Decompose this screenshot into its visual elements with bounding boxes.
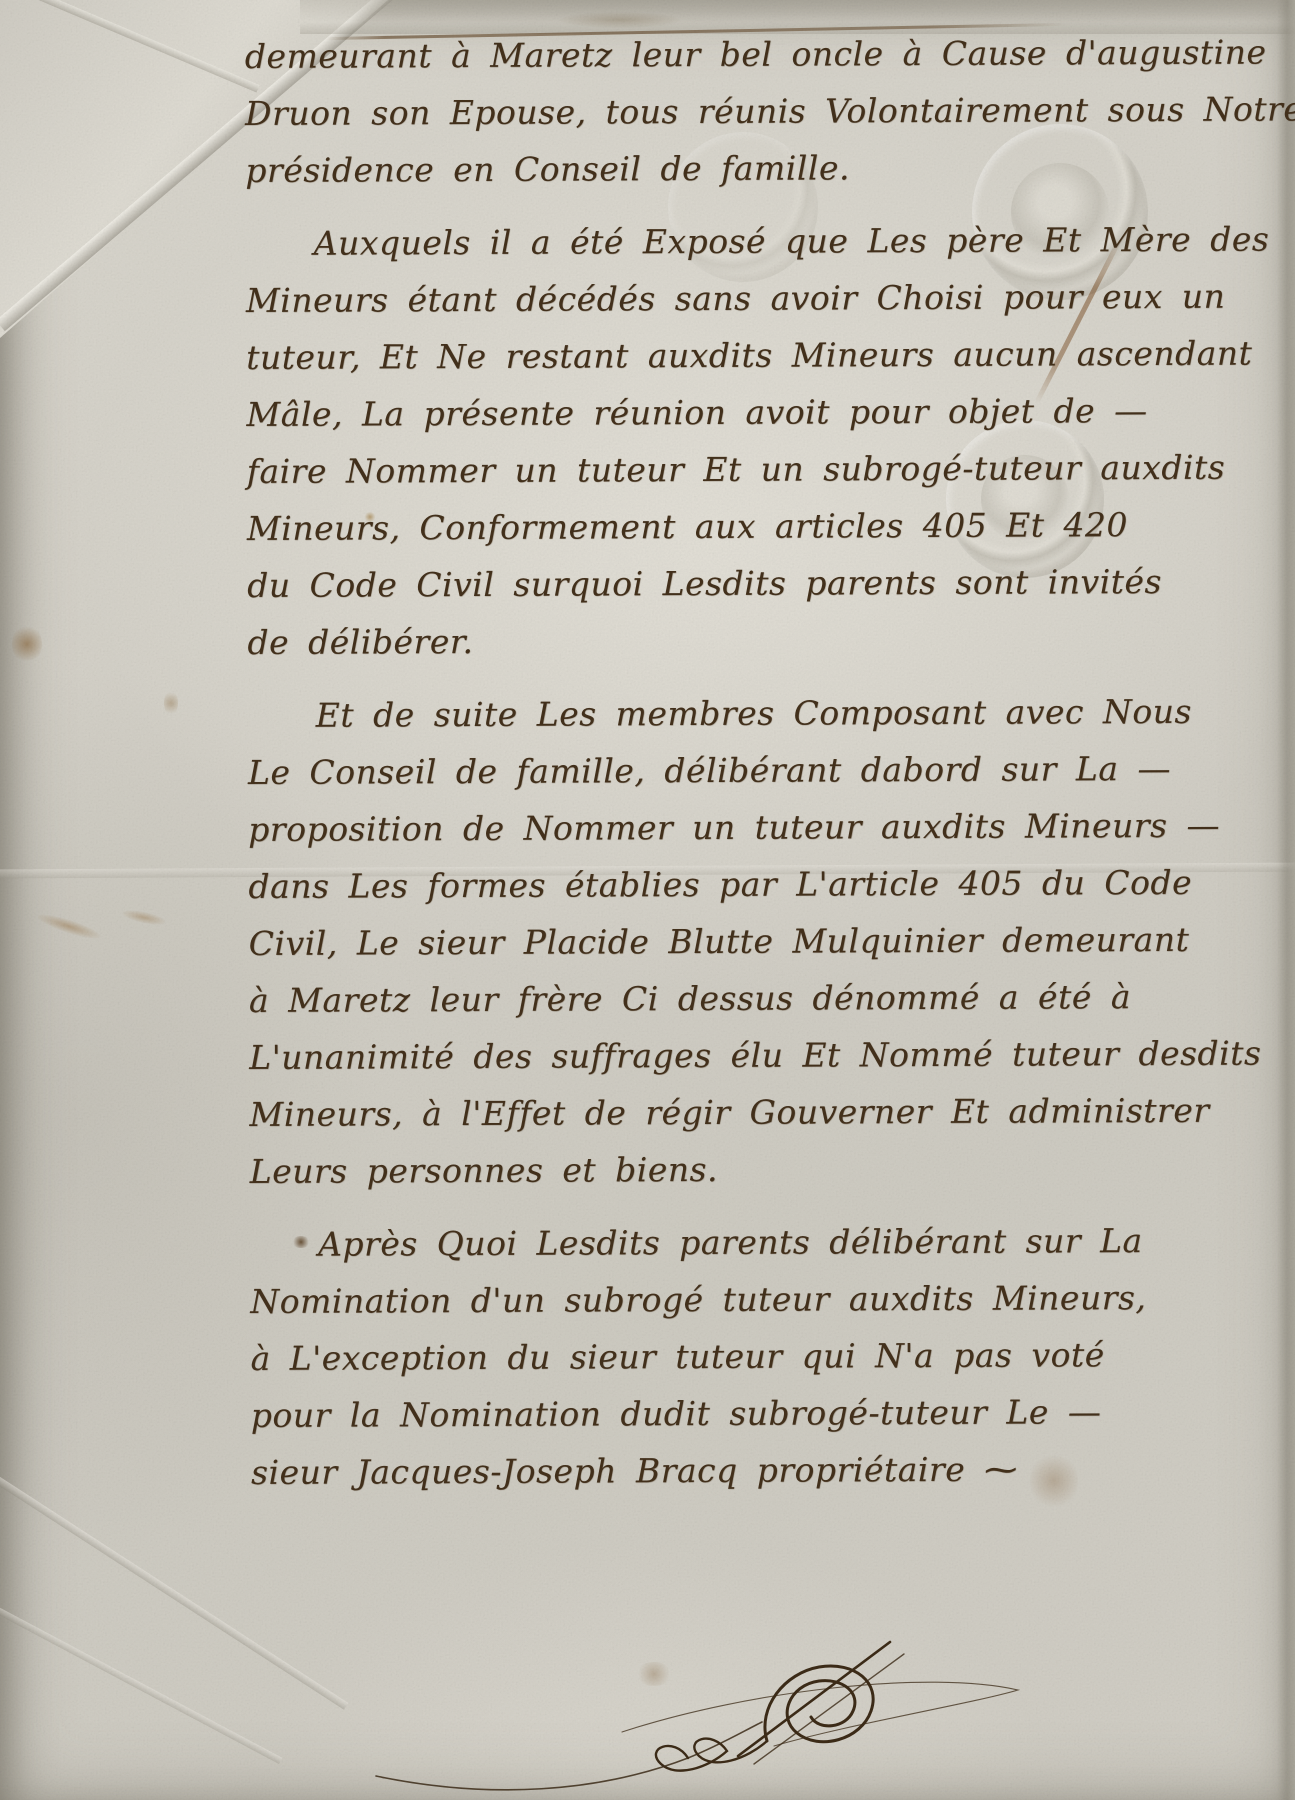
paragraph: Et de suite Les membres Composant avec N… [248,683,1160,1200]
manuscript-line: Druon son Epouse, tous réunis Volontaire… [245,81,1155,142]
ink-stain [12,624,42,664]
manuscript-line: Mineurs étant décédés sans avoir Choisi … [246,268,1156,329]
ink-stain [121,908,166,928]
manuscript-line: pour la Nomination dudit subrogé-tuteur … [251,1383,1161,1444]
manuscript-line: Mineurs, Conformement aux articles 405 E… [247,496,1157,557]
page-edge [1277,0,1295,1800]
manuscript-line: à Maretz leur frère Ci dessus dénommé a … [249,968,1159,1029]
signature-paraph [370,1628,1070,1798]
manuscript-line: Mâle, La présente réunion avoit pour obj… [246,382,1156,443]
manuscript-text: demeurant à Maretz leur bel oncle à Caus… [245,24,1161,1517]
manuscript-line: Leurs personnes et biens. [250,1139,1160,1200]
paragraph: Après Quoi Lesdits parents délibérant su… [250,1212,1161,1501]
corner-crease [0,1603,282,1764]
manuscript-line: présidence en Conseil de famille. [245,138,1155,199]
manuscript-line: tuteur, Et Ne restant auxdits Mineurs au… [246,325,1156,386]
manuscript-line: Le Conseil de famille, délibérant dabord… [248,740,1158,801]
manuscript-line: Auxquels il a été Exposé que Les père Et… [246,211,1156,272]
ink-stain [164,690,178,716]
manuscript-line: Mineurs, à l'Effet de régir Gouverner Et… [249,1082,1159,1143]
manuscript-line: à L'exception du sieur tuteur qui N'a pa… [250,1326,1160,1387]
manuscript-line: dans Les formes établies par L'article 4… [248,854,1158,915]
manuscript-line: L'unanimité des suffrages élu Et Nommé t… [249,1025,1159,1086]
manuscript-line: de délibérer. [247,610,1157,671]
manuscript-line: Et de suite Les membres Composant avec N… [248,683,1158,744]
ink-stain [36,910,103,943]
manuscript-line: Après Quoi Lesdits parents délibérant su… [250,1212,1160,1273]
manuscript-line: faire Nommer un tuteur Et un subrogé-tut… [247,439,1157,500]
paragraph: demeurant à Maretz leur bel oncle à Caus… [245,24,1156,199]
manuscript-line: sieur Jacques-Joseph Bracq propriétaire … [251,1440,1161,1501]
manuscript-line: du Code Civil surquoi Lesdits parents so… [247,553,1157,614]
manuscript-page: demeurant à Maretz leur bel oncle à Caus… [0,0,1295,1800]
manuscript-line: demeurant à Maretz leur bel oncle à Caus… [245,24,1155,85]
manuscript-line: Civil, Le sieur Placide Blutte Mulquinie… [249,911,1159,972]
paragraph: Auxquels il a été Exposé que Les père Et… [246,211,1158,671]
manuscript-line: proposition de Nommer un tuteur auxdits … [248,797,1158,858]
manuscript-line: Nomination d'un subrogé tuteur auxdits M… [250,1269,1160,1330]
